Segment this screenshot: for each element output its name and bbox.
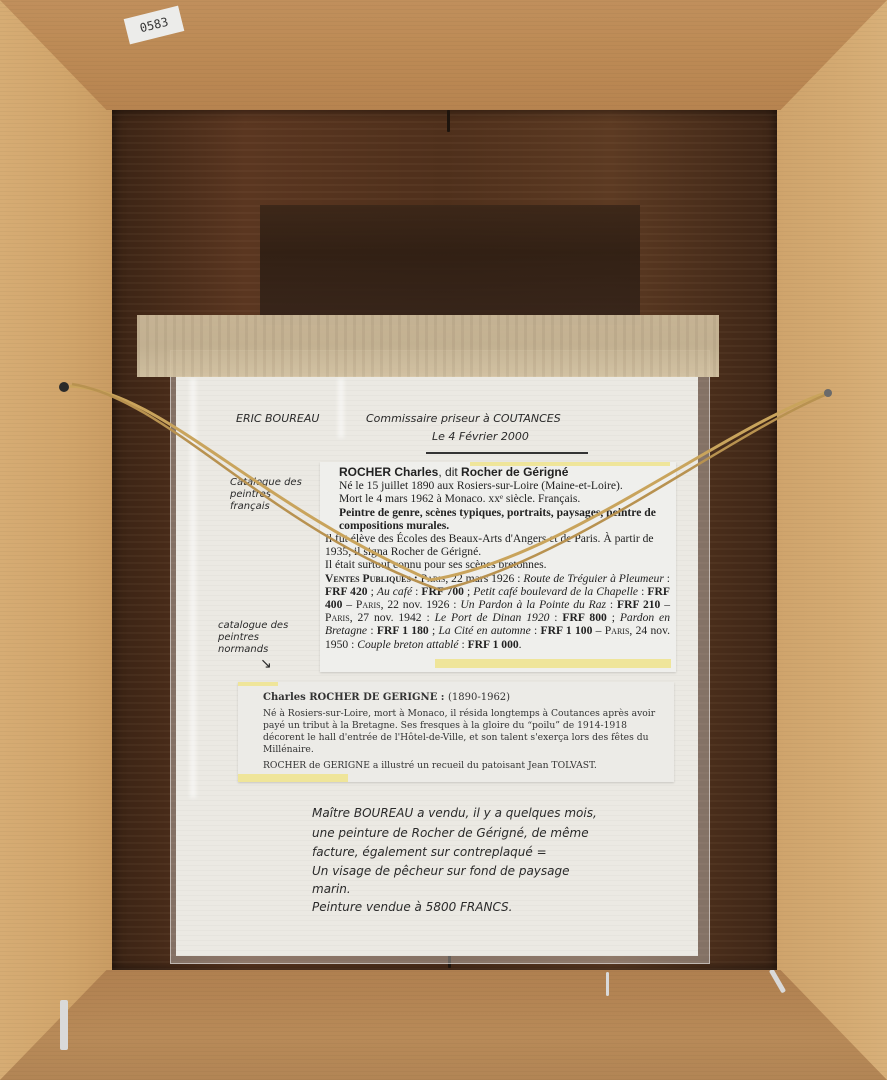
paint-drip — [606, 972, 609, 996]
arrow-icon: ↘ — [260, 656, 272, 672]
margin-note-french-catalogue: Catalogue des peintres français — [230, 477, 310, 513]
frame-rail-left — [0, 0, 112, 1080]
margin-note-normandy-catalogue: catalogue des peintres normands — [218, 620, 308, 656]
date-underline — [426, 452, 588, 454]
highlight — [238, 774, 348, 782]
highlight — [238, 682, 278, 686]
dictionary-clipping: ROCHER Charles, dit Rocher de Gérigné Né… — [320, 462, 676, 672]
nail-top — [447, 110, 450, 132]
glare — [190, 378, 196, 798]
clipping-body: ROCHER Charles, dit Rocher de Gérigné Né… — [325, 466, 670, 651]
glare — [338, 378, 344, 438]
masking-tape — [137, 315, 719, 377]
frame-rail-bottom — [0, 970, 887, 1080]
paint-drip — [60, 1000, 68, 1050]
dark-patch — [260, 205, 640, 325]
highlight — [435, 659, 671, 668]
public-sales: Ventes Publiques : Paris, 22 mars 1926 :… — [325, 572, 670, 651]
normandy-catalogue-clipping: Charles ROCHER DE GERIGNE : (1890-1962) … — [238, 682, 674, 782]
note-date: Le 4 Février 2000 — [432, 430, 529, 443]
auctioneer-name: ERIC BOUREAU — [236, 412, 319, 425]
auctioneer-title: Commissaire priseur à COUTANCES — [366, 412, 561, 425]
frame-rail-right — [777, 0, 887, 1080]
